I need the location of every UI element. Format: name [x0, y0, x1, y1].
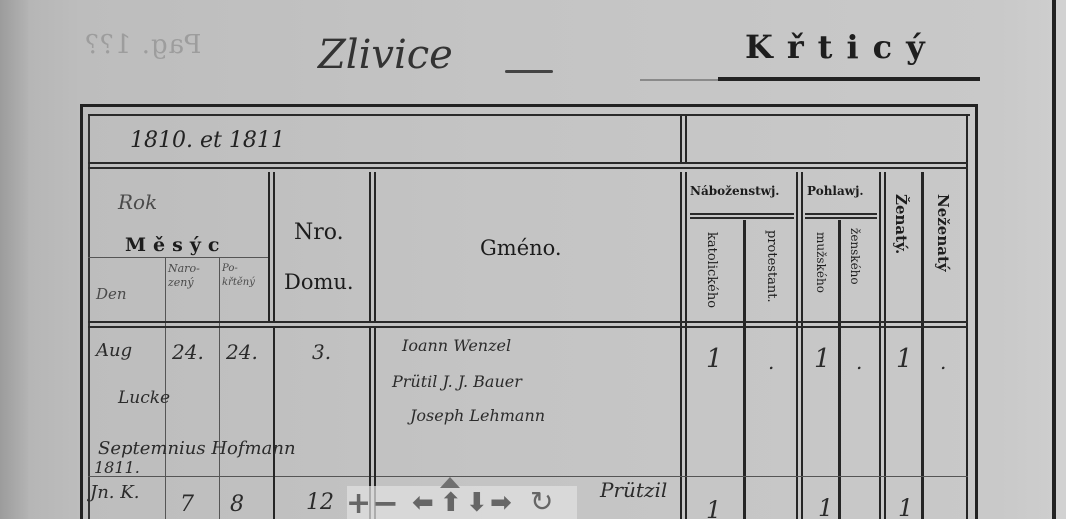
- row1-female: .: [856, 350, 862, 374]
- table-rule: [680, 116, 682, 162]
- table-rule: [88, 167, 968, 169]
- table-rule: [884, 172, 886, 519]
- table-rule: [796, 172, 798, 519]
- plus-icon[interactable]: +: [346, 489, 371, 519]
- table-rule: [369, 172, 371, 322]
- header-illegitimate: Neženatý: [934, 194, 952, 272]
- row1-name-line2: Prütil J. J. Bauer: [392, 372, 522, 391]
- header-name: Gméno.: [480, 236, 562, 260]
- table-rule: [838, 220, 841, 519]
- table-rule: [685, 116, 687, 162]
- row1-name-line3: Joseph Lehmann: [410, 406, 545, 425]
- table-rule: [801, 172, 803, 519]
- table-rule: [88, 162, 968, 164]
- row1-year-note: 1811.: [94, 458, 140, 477]
- arrow-up-icon[interactable]: ⬆: [440, 490, 462, 516]
- table-inner-border: [88, 114, 90, 519]
- row2-name: Prützil: [600, 478, 667, 502]
- table-rule: [690, 213, 794, 215]
- row1-month: Aug: [96, 340, 132, 361]
- header-year-handwritten: Rok: [118, 190, 157, 214]
- title-rule-faint: [640, 79, 720, 81]
- table-rule: [685, 172, 687, 519]
- row2-house-no: 12: [306, 490, 334, 515]
- table-rule: [879, 172, 881, 519]
- row2-born: 7: [180, 492, 194, 517]
- header-day: Den: [96, 285, 127, 303]
- header-sex: Pohlawj.: [807, 184, 864, 198]
- table-rule: [921, 172, 924, 519]
- table-rule: [88, 257, 268, 258]
- table-rule: [88, 321, 968, 323]
- table-rule: [273, 172, 275, 322]
- row1-month-note: Lucke: [118, 388, 170, 408]
- row2-baptized: 8: [230, 492, 244, 517]
- row2-catholic: 1: [706, 496, 721, 519]
- row1-male: 1: [814, 344, 831, 374]
- document-scan: Pag. 1?? Zlivice Křticý 1810. et 1811 Ro…: [0, 0, 1066, 519]
- header-catholic: katolického: [704, 232, 719, 308]
- header-female: ženského: [848, 228, 862, 285]
- row2-male: 1: [818, 494, 833, 519]
- place-name-flourish: [505, 70, 553, 73]
- row2-month: Jn. K.: [90, 482, 139, 503]
- table-rule: [374, 172, 376, 322]
- table-rule: [268, 172, 270, 322]
- row1-name-line1: Ioann Wenzel: [402, 336, 511, 355]
- table-rule: [966, 114, 968, 519]
- table-rule: [219, 258, 220, 519]
- row1-catholic: 1: [706, 344, 723, 374]
- row2-legitimate: 1: [898, 494, 913, 519]
- arrow-left-icon[interactable]: ⬅: [412, 490, 434, 516]
- arrow-down-icon[interactable]: ⬇: [466, 490, 488, 516]
- minus-icon[interactable]: −: [372, 487, 399, 519]
- header-religion: Náboženstwj.: [690, 184, 779, 198]
- row1-legitimate: 1: [896, 344, 913, 374]
- rotate-icon[interactable]: ↻: [530, 488, 553, 516]
- title-rule: [718, 77, 980, 81]
- table-rule: [88, 326, 968, 328]
- header-house-label: Domu.: [284, 270, 354, 294]
- table-rule: [743, 220, 746, 519]
- header-baptized: Po-křtěný: [222, 262, 266, 290]
- row-rule: [88, 476, 968, 477]
- table-rule: [805, 217, 877, 219]
- row1-protestant: .: [768, 350, 774, 374]
- header-house-no: Nro.: [294, 220, 344, 245]
- triangle-up-icon[interactable]: [440, 477, 460, 488]
- table-rule: [680, 172, 682, 519]
- table-rule: [690, 217, 794, 219]
- page-title: Křticý: [745, 28, 939, 66]
- arrow-right-icon[interactable]: ➡: [490, 490, 512, 516]
- table-rule: [88, 114, 970, 116]
- row1-illegitimate: .: [940, 350, 946, 374]
- year-range: 1810. et 1811: [130, 128, 285, 153]
- table-rule: [805, 213, 877, 215]
- header-born: Naro-zený: [168, 262, 216, 290]
- place-name: Zlivice: [318, 32, 453, 78]
- header-protestant: protestant.: [764, 230, 779, 303]
- row1-house-no: 3.: [312, 340, 331, 364]
- table-rule: [273, 328, 275, 519]
- header-male: mužského: [814, 232, 828, 293]
- row1-born: 24.: [172, 340, 204, 364]
- page-number-bleedthrough: Pag. 1??: [84, 30, 201, 60]
- row1-baptized: 24.: [226, 340, 258, 364]
- header-legitimate: Ženatý.: [892, 194, 910, 254]
- page-edge-margin: [1056, 0, 1066, 519]
- header-month: Měsýc: [125, 234, 226, 256]
- row1-margin-note: Septemnius Hofmann: [98, 438, 296, 459]
- binding-gutter: [0, 0, 28, 519]
